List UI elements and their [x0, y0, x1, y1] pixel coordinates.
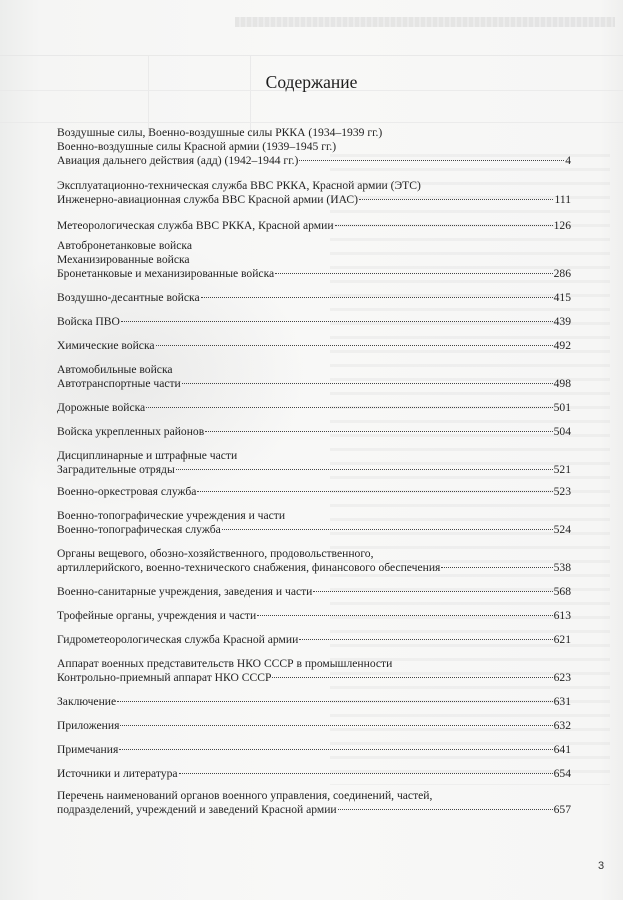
toc-entry-title-line: Военно-топографическая служба [57, 523, 221, 537]
dot-leader [313, 591, 552, 592]
dot-leader [338, 809, 553, 810]
toc-entry-title-line: Химические войска [57, 339, 155, 353]
bleed-through-header [235, 17, 615, 27]
toc-entry[interactable]: Эксплуатационно-техническая служба ВВС Р… [57, 179, 571, 207]
toc-entry-row: Метеорологическая служба ВВС РККА, Красн… [57, 219, 571, 233]
toc-entry-title-line: Автотранспортные части [57, 377, 181, 391]
toc-entry-row: Войска ПВО439 [57, 315, 571, 329]
toc-entry[interactable]: Органы вещевого, обозно-хозяйственного, … [57, 547, 571, 575]
toc-entry-row: Химические войска492 [57, 339, 571, 353]
toc-entry-title-line: Автобронетанковые войска [57, 239, 571, 253]
toc-entry-title-line: Аппарат военных представительств НКО ССС… [57, 657, 571, 671]
toc-entry[interactable]: Гидрометеорологическая служба Красной ар… [57, 633, 571, 647]
toc-page-number: 4 [565, 154, 571, 168]
toc-page-number: 621 [554, 633, 571, 647]
toc-entry-row: Авиация дальнего действия (адд) (1942–19… [57, 154, 571, 168]
toc-entry-title-line: Трофейные органы, учреждения и части [57, 609, 256, 623]
dot-leader [179, 773, 553, 774]
toc-entry-title-line: Военно-топографические учреждения и част… [57, 509, 571, 523]
table-of-contents: Воздушные силы, Военно-воздушные силы РК… [57, 126, 571, 817]
toc-entry[interactable]: Трофейные органы, учреждения и части613 [57, 609, 571, 623]
toc-entry-title-line: Метеорологическая служба ВВС РККА, Красн… [57, 219, 334, 233]
toc-entry-row: Военно-санитарные учреждения, заведения … [57, 585, 571, 599]
toc-page-number: 613 [554, 609, 571, 623]
toc-entry-title-line: Примечания [57, 743, 118, 757]
dot-leader [201, 297, 553, 298]
toc-entry[interactable]: Автомобильные войскаАвтотранспортные час… [57, 363, 571, 391]
toc-page-number: 439 [554, 315, 571, 329]
dot-leader [119, 749, 552, 750]
toc-page-number: 641 [554, 743, 571, 757]
toc-entry-row: Военно-оркестровая служба523 [57, 485, 571, 499]
toc-page-number: 415 [554, 291, 571, 305]
toc-page-number: 286 [554, 267, 571, 281]
toc-entry-row: артиллерийского, военно-технического сна… [57, 561, 571, 575]
toc-page-number: 654 [554, 767, 571, 781]
toc-entry-title-line: Воздушные силы, Военно-воздушные силы РК… [57, 126, 571, 140]
toc-entry-title-line: Перечень наименований органов военного у… [57, 789, 571, 803]
toc-entry-row: Приложения632 [57, 719, 571, 733]
toc-entry-title-line: Заградительные отряды [57, 463, 175, 477]
dot-leader [441, 567, 552, 568]
dot-leader [120, 725, 552, 726]
toc-entry[interactable]: Аппарат военных представительств НКО ССС… [57, 657, 571, 685]
dot-leader [299, 639, 552, 640]
toc-entry-row: Гидрометеорологическая служба Красной ар… [57, 633, 571, 647]
toc-entry-title-line: Эксплуатационно-техническая служба ВВС Р… [57, 179, 571, 193]
toc-entry-row: Бронетанковые и механизированные войска2… [57, 267, 571, 281]
toc-entry-title-line: Авиация дальнего действия (адд) (1942–19… [57, 154, 298, 168]
dot-leader [275, 273, 552, 274]
toc-entry[interactable]: Воздушно-десантные войска415 [57, 291, 571, 305]
toc-page-number: 501 [554, 401, 571, 415]
dot-leader [335, 225, 553, 226]
dot-leader [299, 160, 564, 161]
toc-page-number: 631 [554, 695, 571, 709]
toc-page-number: 538 [554, 561, 571, 575]
toc-entry-title-line: Бронетанковые и механизированные войска [57, 267, 274, 281]
toc-entry-row: Источники и литература654 [57, 767, 571, 781]
toc-page-number: 504 [554, 425, 571, 439]
dot-leader [182, 383, 553, 384]
toc-entry-title-line: Воздушно-десантные войска [57, 291, 200, 305]
toc-entry-row: Военно-топографическая служба524 [57, 523, 571, 537]
toc-entry[interactable]: Военно-оркестровая служба523 [57, 485, 571, 499]
toc-entry-title-line: Войска укрепленных районов [57, 425, 204, 439]
toc-entry[interactable]: Химические войска492 [57, 339, 571, 353]
toc-entry-row: Автотранспортные части498 [57, 377, 571, 391]
dot-leader [146, 407, 552, 408]
toc-entry[interactable]: Военно-топографические учреждения и част… [57, 509, 571, 537]
toc-entry-title-line: Заключение [57, 695, 116, 709]
toc-entry[interactable]: Перечень наименований органов военного у… [57, 789, 571, 817]
document-page: Содержание Воздушные силы, Военно-воздуш… [0, 0, 623, 900]
toc-page-number: 521 [554, 463, 571, 477]
dot-leader [176, 469, 553, 470]
toc-page-number: 523 [554, 485, 571, 499]
toc-page-number: 126 [554, 219, 571, 233]
toc-page-number: 498 [554, 377, 571, 391]
toc-entry-row: Воздушно-десантные войска415 [57, 291, 571, 305]
toc-entry[interactable]: Войска укрепленных районов504 [57, 425, 571, 439]
toc-entry-row: Войска укрепленных районов504 [57, 425, 571, 439]
toc-entry-title-line: Контрольно-приемный аппарат НКО СССР [57, 671, 271, 685]
toc-entry[interactable]: Примечания641 [57, 743, 571, 757]
toc-entry[interactable]: Приложения632 [57, 719, 571, 733]
toc-page-number: 632 [554, 719, 571, 733]
toc-entry[interactable]: Дорожные войска501 [57, 401, 571, 415]
page-title: Содержание [0, 72, 623, 93]
dot-leader [272, 677, 552, 678]
toc-entry[interactable]: Источники и литература654 [57, 767, 571, 781]
toc-entry-row: Трофейные органы, учреждения и части613 [57, 609, 571, 623]
toc-page-number: 623 [554, 671, 571, 685]
dot-leader [117, 701, 552, 702]
toc-entry-title-line: подразделений, учреждений и заведений Кр… [57, 803, 337, 817]
toc-entry-title-line: Механизированные войска [57, 253, 571, 267]
toc-entry-row: Дорожные войска501 [57, 401, 571, 415]
toc-page-number: 524 [554, 523, 571, 537]
toc-entry[interactable]: Войска ПВО439 [57, 315, 571, 329]
toc-entry-row: Примечания641 [57, 743, 571, 757]
toc-entry[interactable]: Воздушные силы, Военно-воздушные силы РК… [57, 126, 571, 168]
toc-entry-title-line: Военно-воздушные силы Красной армии (193… [57, 140, 571, 154]
toc-page-number: 492 [554, 339, 571, 353]
toc-entry[interactable]: Автобронетанковые войскаМеханизированные… [57, 239, 571, 281]
toc-entry-row: Инженерно-авиационная служба ВВС Красной… [57, 193, 571, 207]
toc-entry[interactable]: Заключение631 [57, 695, 571, 709]
toc-page-number: 657 [554, 803, 571, 817]
toc-entry-title-line: Военно-оркестровая служба [57, 485, 196, 499]
toc-entry-title-line: Автомобильные войска [57, 363, 571, 377]
toc-entry-title-line: Органы вещевого, обозно-хозяйственного, … [57, 547, 571, 561]
toc-entry-title-line: Дорожные войска [57, 401, 145, 415]
toc-entry[interactable]: Военно-санитарные учреждения, заведения … [57, 585, 571, 599]
page-number: 3 [598, 860, 604, 872]
toc-entry[interactable]: Дисциплинарные и штрафные частиЗаградите… [57, 449, 571, 477]
toc-entry-row: Заградительные отряды521 [57, 463, 571, 477]
toc-page-number: 568 [554, 585, 571, 599]
toc-entry-title-line: Источники и литература [57, 767, 178, 781]
toc-entry-title-line: Дисциплинарные и штрафные части [57, 449, 571, 463]
toc-entry-row: подразделений, учреждений и заведений Кр… [57, 803, 571, 817]
dot-leader [156, 345, 553, 346]
toc-entry-title-line: Приложения [57, 719, 119, 733]
dot-leader [205, 431, 552, 432]
toc-entry-row: Контрольно-приемный аппарат НКО СССР623 [57, 671, 571, 685]
toc-entry-title-line: Гидрометеорологическая служба Красной ар… [57, 633, 298, 647]
toc-entry-title-line: Войска ПВО [57, 315, 120, 329]
toc-page-number: 111 [554, 193, 571, 207]
dot-leader [359, 199, 553, 200]
dot-leader [197, 491, 552, 492]
dot-leader [222, 529, 553, 530]
toc-entry[interactable]: Метеорологическая служба ВВС РККА, Красн… [57, 219, 571, 233]
toc-entry-title-line: Военно-санитарные учреждения, заведения … [57, 585, 312, 599]
dot-leader [257, 615, 552, 616]
toc-entry-title-line: Инженерно-авиационная служба ВВС Красной… [57, 193, 358, 207]
toc-entry-row: Заключение631 [57, 695, 571, 709]
toc-entry-title-line: артиллерийского, военно-технического сна… [57, 561, 440, 575]
dot-leader [121, 321, 553, 322]
